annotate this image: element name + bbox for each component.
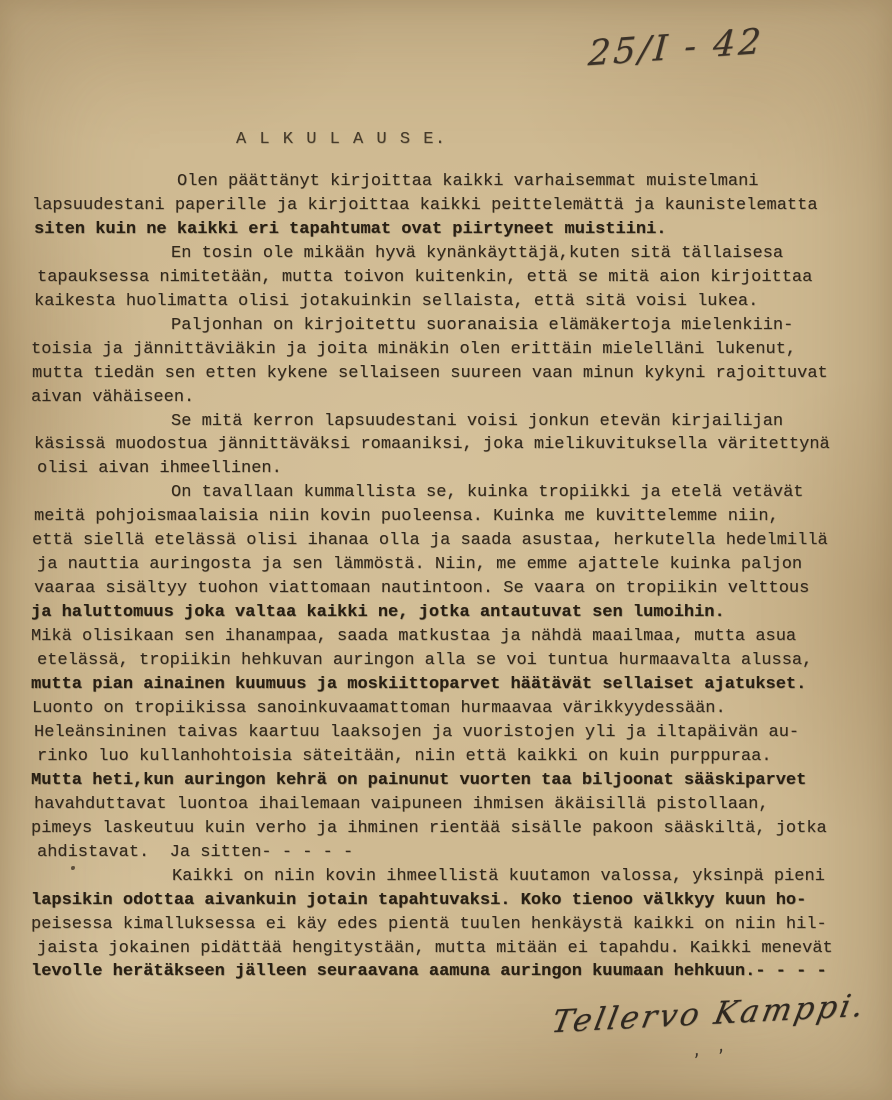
text-line: Olen päättänyt kirjoittaa kaikki varhais… — [37, 170, 863, 194]
text-line: aivan vähäiseen. — [31, 386, 863, 410]
text-line: pimeys laskeutuu kuin verho ja ihminen r… — [31, 817, 863, 841]
text-line: On tavallaan kummallista se, kuinka trop… — [31, 481, 863, 505]
text-line: levolle herätäkseen jälleen seuraavana a… — [31, 960, 863, 984]
text-line: Luonto on tropiikissa sanoinkuvaamattoma… — [32, 697, 863, 721]
text-line: Mikä olisikaan sen ihanampaa, saada matk… — [31, 625, 863, 649]
text-line: olisi aivan ihmeellinen. — [37, 457, 863, 481]
text-line: mutta pian ainainen kuumuus ja moskiitto… — [31, 673, 863, 697]
text-line: Kaikki on niin kovin ihmeellistä kuutamo… — [32, 865, 863, 889]
text-line: Heleänsininen taivas kaartuu laaksojen j… — [34, 721, 863, 745]
text-line: lapsikin odottaa aivankuin jotain tapaht… — [31, 889, 863, 913]
text-line: rinko luo kullanhohtoisia säteitään, nii… — [37, 745, 863, 769]
ditto-marks: ’ ’ — [692, 1043, 733, 1073]
text-line: mutta tiedän sen etten kykene sellaiseen… — [32, 362, 863, 386]
handwritten-date: 25/I - 42 — [587, 22, 765, 75]
text-line: toisia ja jännittäviäkin ja joita minäki… — [31, 338, 863, 362]
document-title: A L K U L A U S E. — [236, 130, 447, 149]
document-page: 25/I - 42 A L K U L A U S E. Olen päättä… — [0, 0, 892, 1100]
text-line: Se mitä kerron lapsuudestani voisi jonku… — [31, 410, 863, 434]
text-line: kaikesta huolimatta olisi jotakuinkin se… — [34, 290, 863, 314]
text-line: vaaraa sisältyy tuohon viattomaan nautin… — [34, 577, 863, 601]
text-line: siten kuin ne kaikki eri tapahtumat ovat… — [34, 218, 863, 242]
text-line: tapauksessa nimitetään, mutta toivon kui… — [37, 266, 863, 290]
document-body: Olen päättänyt kirjoittaa kaikki varhais… — [31, 170, 863, 984]
text-line: meitä pohjoismaalaisia niin kovin puolee… — [34, 505, 863, 529]
text-line: etelässä, tropiikin hehkuvan auringon al… — [37, 649, 863, 673]
text-line: ja haluttomuus joka valtaa kaikki ne, jo… — [31, 601, 863, 625]
text-line: jaista jokainen pidättää hengitystään, m… — [37, 937, 863, 961]
text-line: havahduttavat luontoa ihailemaan vaipune… — [34, 793, 863, 817]
signature: Tellervo Kamppi. — [549, 988, 870, 1041]
text-line: Paljonhan on kirjoitettu suoranaisia elä… — [31, 314, 863, 338]
text-line: ja nauttia auringosta ja sen lämmöstä. N… — [37, 553, 863, 577]
text-line: lapsuudestani paperille ja kirjoittaa ka… — [32, 194, 863, 218]
text-line: ahdistavat. Ja sitten- - - - - — [37, 841, 863, 865]
text-line: Mutta heti,kun auringon kehrä on painunu… — [31, 769, 863, 793]
text-line: että siellä etelässä olisi ihanaa olla j… — [32, 529, 863, 553]
text-line: En tosin ole mikään hyvä kynänkäyttäjä,k… — [31, 242, 863, 266]
text-line: peisessa kimalluksessa ei käy edes pient… — [31, 913, 863, 937]
text-line: käsissä muodostua jännittäväksi romaanik… — [34, 433, 863, 457]
